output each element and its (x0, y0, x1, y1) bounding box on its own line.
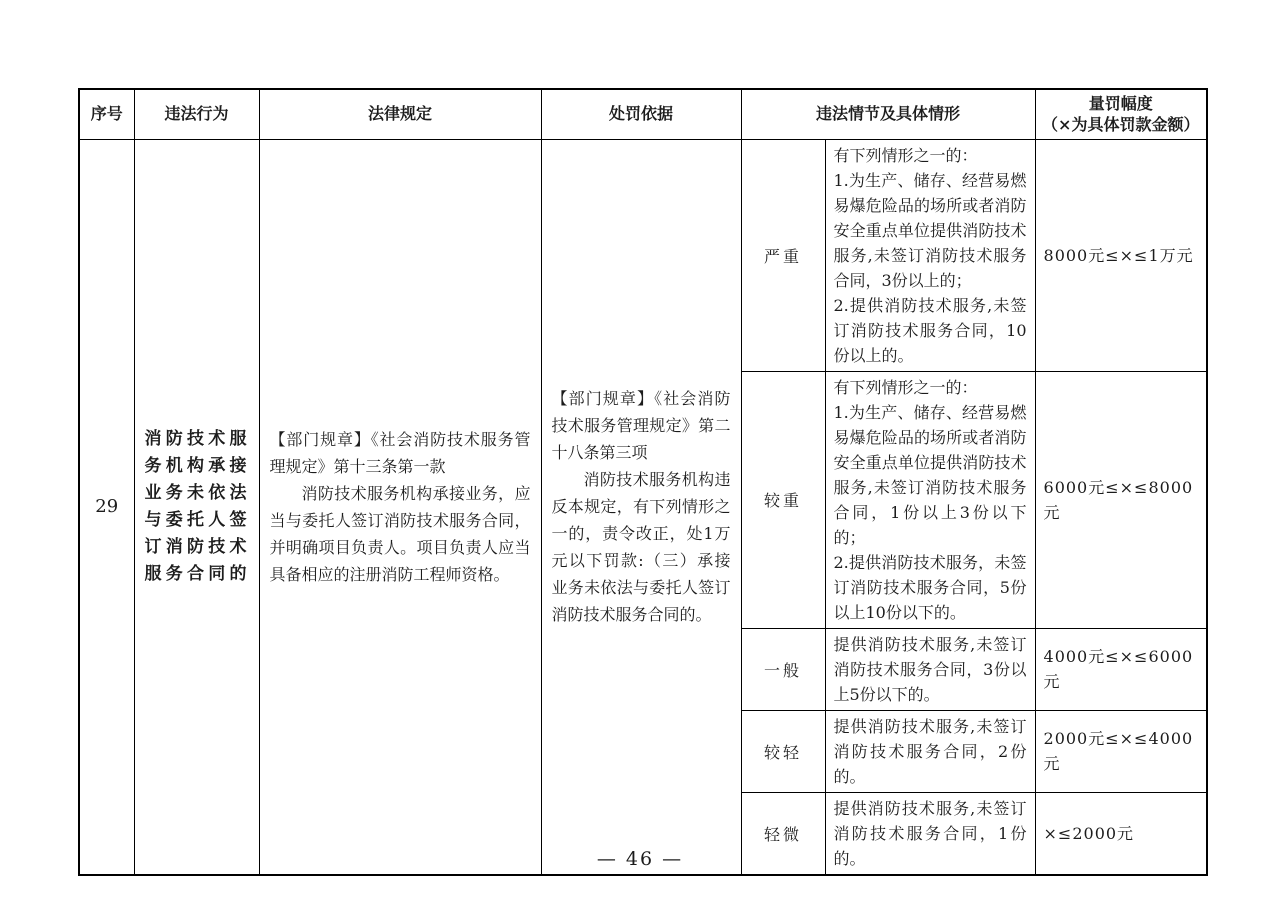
legal-provision-cell: 【部门规章】《社会消防技术服务管理规定》第十三条第一款 消防技术服务机构承接业务… (259, 139, 541, 875)
penalty-basis-cell: 【部门规章】《社会消防技术服务管理规定》第二十八条第三项 消防技术服务机构违反本… (541, 139, 741, 875)
detail-line: 2.提供消防技术服务,未签订消防技术服务合同，10份以上的。 (834, 293, 1027, 368)
legal-provision-body: 消防技术服务机构承接业务，应当与委托人签订消防技术服务合同，并明确项目负责人。项… (270, 480, 531, 588)
page-number: — 46 — (0, 848, 1280, 870)
detail-line: 1.为生产、储存、经营易燃易爆危险品的场所或者消防安全重点单位提供消防技术服务,… (834, 168, 1027, 293)
severity-detail-relatively-light: 提供消防技术服务,未签订消防技术服务合同，2份的。 (825, 710, 1035, 792)
detail-line: 提供消防技术服务,未签订消防技术服务合同，3份以上5份以下的。 (834, 632, 1027, 707)
header-cell-penalty-basis: 处罚依据 (541, 89, 741, 139)
severity-detail-general: 提供消防技术服务,未签订消防技术服务合同，3份以上5份以下的。 (825, 628, 1035, 710)
header-cell-penalty-range: 量罚幅度 （×为具体罚款金额） (1035, 89, 1207, 139)
severity-row-severe: 29 消防技术服务机构承接业务未依法与委托人签订消防技术服务合同的 【部门规章】… (79, 139, 1207, 371)
severity-label-relatively-severe: 较重 (741, 371, 825, 628)
penalty-amount-general: 4000元≤×≤6000元 (1035, 628, 1207, 710)
penalty-range-title: 量罚幅度 (1038, 93, 1205, 115)
penalty-amount-relatively-severe: 6000元≤×≤8000元 (1035, 371, 1207, 628)
penalty-amount-severe: 8000元≤×≤1万元 (1035, 139, 1207, 371)
severity-label-relatively-light: 较轻 (741, 710, 825, 792)
detail-line: 2.提供消防技术服务，未签订消防技术服务合同，5份以上10份以下的。 (834, 550, 1027, 625)
penalty-discretion-table: 序号 违法行为 法律规定 处罚依据 违法情节及具体情形 量罚幅度 （×为具体罚款… (78, 88, 1208, 876)
detail-line: 提供消防技术服务,未签订消防技术服务合同，2份的。 (834, 714, 1027, 789)
table-header-row: 序号 违法行为 法律规定 处罚依据 违法情节及具体情形 量罚幅度 （×为具体罚款… (79, 89, 1207, 139)
penalty-table-wrapper: 序号 违法行为 法律规定 处罚依据 违法情节及具体情形 量罚幅度 （×为具体罚款… (78, 88, 1206, 876)
document-page: 序号 违法行为 法律规定 处罚依据 违法情节及具体情形 量罚幅度 （×为具体罚款… (0, 0, 1280, 905)
penalty-range-note: （×为具体罚款金额） (1038, 114, 1205, 136)
illegal-behavior-cell: 消防技术服务机构承接业务未依法与委托人签订消防技术服务合同的 (134, 139, 259, 875)
serial-number-cell: 29 (79, 139, 134, 875)
detail-line: 有下列情形之一的： (834, 143, 1027, 168)
header-cell-circumstances: 违法情节及具体情形 (741, 89, 1035, 139)
legal-provision-heading: 【部门规章】《社会消防技术服务管理规定》第十三条第一款 (270, 426, 531, 480)
severity-label-general: 一般 (741, 628, 825, 710)
header-cell-illegal-behavior: 违法行为 (134, 89, 259, 139)
penalty-basis-body: 消防技术服务机构违反本规定，有下列情形之一的，责令改正，处1万元以下罚款:（三）… (552, 466, 731, 628)
severity-label-severe: 严重 (741, 139, 825, 371)
detail-line: 1.为生产、储存、经营易燃易爆危险品的场所或者消防安全重点单位提供消防技术服务,… (834, 400, 1027, 550)
header-cell-legal-provision: 法律规定 (259, 89, 541, 139)
severity-detail-relatively-severe: 有下列情形之一的： 1.为生产、储存、经营易燃易爆危险品的场所或者消防安全重点单… (825, 371, 1035, 628)
severity-detail-severe: 有下列情形之一的： 1.为生产、储存、经营易燃易爆危险品的场所或者消防安全重点单… (825, 139, 1035, 371)
penalty-amount-relatively-light: 2000元≤×≤4000元 (1035, 710, 1207, 792)
detail-line: 有下列情形之一的： (834, 375, 1027, 400)
penalty-basis-heading: 【部门规章】《社会消防技术服务管理规定》第二十八条第三项 (552, 385, 731, 466)
header-cell-serial-number: 序号 (79, 89, 134, 139)
